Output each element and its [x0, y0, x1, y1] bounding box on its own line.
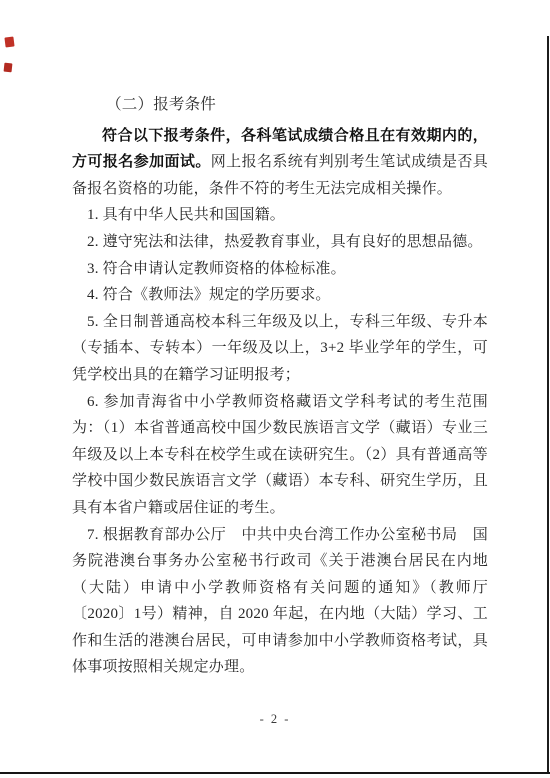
page-number: - 2 - [0, 712, 550, 727]
page-edge-bottom [0, 772, 550, 774]
numbered-item-4: 4. 符合《教师法》规定的学历要求。 [72, 282, 488, 309]
red-scan-mark [4, 36, 14, 47]
numbered-item-3: 3. 符合申请认定教师资格的体检标准。 [72, 256, 488, 283]
intro-paragraph: 符合以下报考条件，各科笔试成绩合格且在有效期内的，方可报名参加面试。网上报名系统… [72, 123, 488, 203]
document-body: （二）报考条件 符合以下报考条件，各科笔试成绩合格且在有效期内的，方可报名参加面… [72, 92, 488, 681]
page-edge-right [547, 36, 549, 774]
numbered-item-2: 2. 遵守宪法和法律，热爱教育事业，具有良好的思想品德。 [72, 229, 488, 256]
section-heading: （二）报考条件 [72, 92, 488, 119]
document-page: （二）报考条件 符合以下报考条件，各科笔试成绩合格且在有效期内的，方可报名参加面… [0, 0, 550, 778]
red-scan-mark [4, 63, 13, 73]
numbered-item-1: 1. 具有中华人民共和国国籍。 [72, 202, 488, 229]
numbered-item-6: 6. 参加青海省中小学教师资格藏语文学科考试的考生范围为：（1）本省普通高校中国… [72, 389, 488, 522]
numbered-item-7: 7. 根据教育部办公厅 中共中央台湾工作办公室秘书局 国务院港澳台事务办公室秘书… [72, 522, 488, 682]
numbered-item-5: 5. 全日制普通高校本科三年级及以上，专科三年级、专升本（专插本、专转本）一年级… [72, 309, 488, 389]
